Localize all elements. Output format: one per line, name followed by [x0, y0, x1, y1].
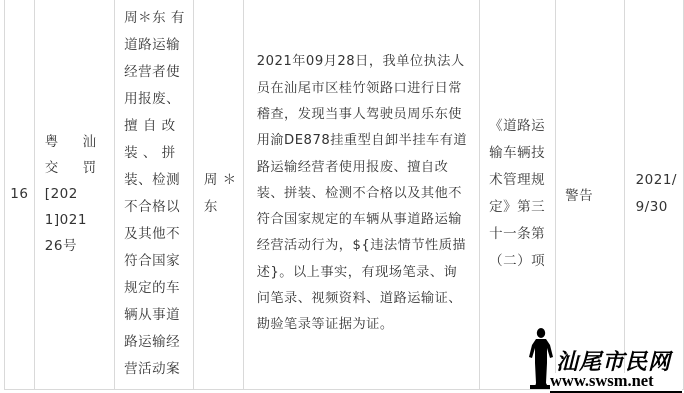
description-line: 勘验笔录等证据为证。: [257, 312, 467, 338]
violation-fact-line: 道路运输: [124, 32, 185, 59]
row-index: 16: [10, 186, 28, 202]
violation-fact-line: 用报废、: [124, 86, 185, 113]
violation-fact-line: 路运输经: [124, 329, 185, 356]
penalty-text: 警告: [565, 188, 593, 204]
legal-basis-line: 十一条第: [489, 221, 545, 248]
violation-fact-line: 装、检测: [124, 167, 185, 194]
description-line: 员在汕尾市区桂竹领路口进行日常: [257, 76, 467, 102]
cell-description: 2021年09月28日，我单位执法人 员在汕尾市区桂竹领路口进行日常 稽查，发现…: [243, 0, 479, 390]
description-line: 述}。以上事实，有现场笔录、询: [257, 260, 467, 286]
party-line: 东: [204, 194, 237, 221]
party-line: 周 ＊: [204, 167, 237, 194]
description-line: 稽查，发现当事人驾驶员周乐东使: [257, 102, 467, 128]
date-line: 2021/: [636, 167, 677, 194]
watermark: 汕尾市民网 www.swsm.net: [528, 327, 684, 393]
violation-fact-line: 及其他不: [124, 221, 185, 248]
description-line: 2021年09月28日，我单位执法人: [257, 49, 467, 75]
legal-basis-line: 术管理规: [489, 167, 545, 194]
document-number-line: 交 罚: [45, 155, 106, 181]
document-number-line: 1]021: [45, 207, 106, 233]
description-line: 符合国家规定的车辆从事道路运输: [257, 207, 467, 233]
violation-fact-line: 营活动案: [124, 356, 185, 383]
description-line: 用渝DE878挂重型自卸半挂车有道: [257, 128, 467, 154]
legal-basis-line: 输车辆技: [489, 140, 545, 167]
violation-fact-line: 辆从事道: [124, 302, 185, 329]
description-line: 问笔录、视频资料、道路运输证、: [257, 286, 467, 312]
legal-basis-line: （二）项: [489, 248, 545, 275]
cell-document-number: 粤 汕 交 罚 [202 1]021 26号: [34, 0, 114, 390]
cell-party: 周 ＊ 东: [193, 0, 243, 390]
document-number-line: [202: [45, 181, 106, 207]
description-line: 装、拼装、检测不合格以及其他不: [257, 181, 467, 207]
violation-fact-line: 经营者使: [124, 59, 185, 86]
document-number-line: 粤 汕: [45, 129, 106, 155]
violation-fact-line: 规定的车: [124, 275, 185, 302]
watermark-url: www.swsm.net: [550, 373, 682, 393]
cell-violation-fact: 周＊东 有 道路运输 经营者使 用报废、 擅 自 改 装 、 拼 装、检测 不合…: [115, 0, 194, 390]
legal-basis-line: 定》第三: [489, 194, 545, 221]
violation-fact-line: 符合国家: [124, 248, 185, 275]
violation-fact-line: 不合格以: [124, 194, 185, 221]
description-line: 路运输经营者使用报废、擅自改: [257, 155, 467, 181]
description-line: 经营活动行为，${违法情节性质描: [257, 233, 467, 259]
cell-index: 16: [5, 0, 35, 390]
violation-fact-line: 擅 自 改: [124, 113, 185, 140]
violation-fact-line: 装 、 拼: [124, 140, 185, 167]
legal-basis-line: 《道路运: [489, 113, 545, 140]
document-number-line: 26号: [45, 233, 106, 259]
violation-fact-line: 周＊东 有: [124, 5, 185, 32]
date-line: 9/30: [636, 194, 677, 221]
